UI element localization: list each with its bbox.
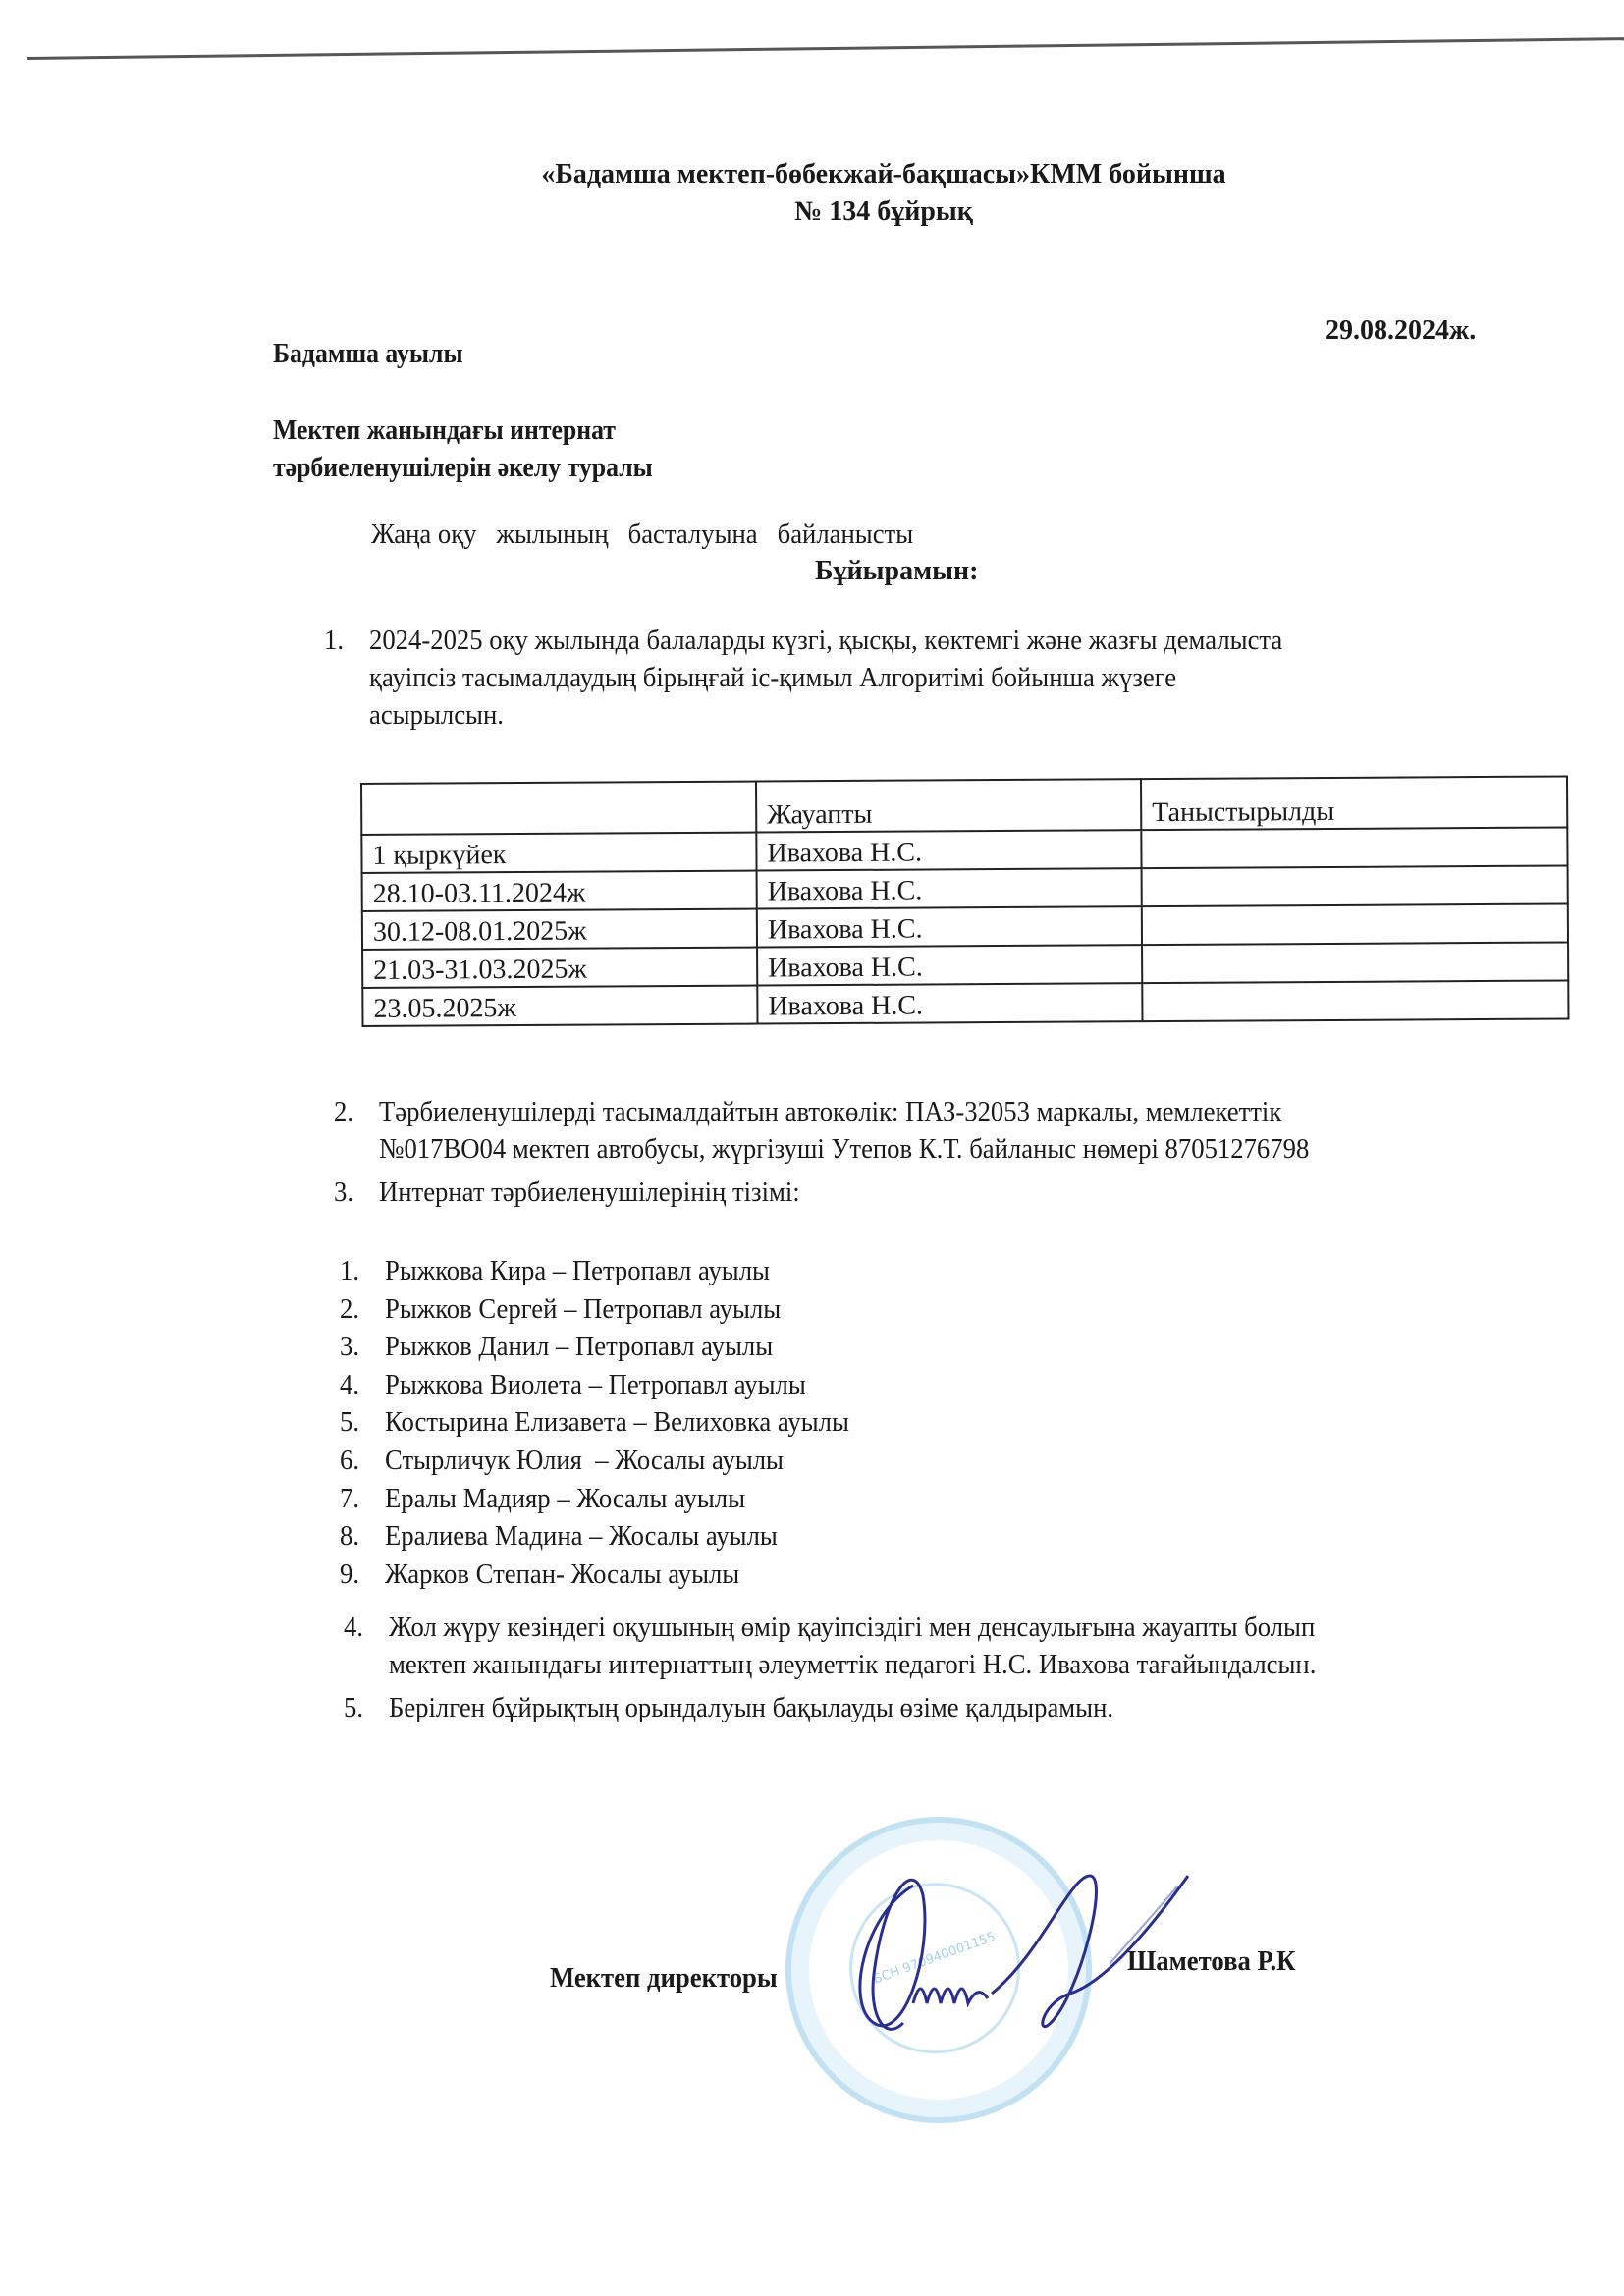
list-item: 6.Стырличук Юлия – Жосалы ауылы bbox=[340, 1442, 849, 1480]
responsible-cell: Ивахова Н.С. bbox=[757, 868, 1142, 908]
student-entry: Рыжкова Виолета – Петропавл ауылы bbox=[385, 1369, 806, 1400]
period-cell: 21.03-31.03.2025ж bbox=[362, 948, 757, 988]
responsible-cell: Ивахова Н.С. bbox=[757, 906, 1142, 947]
item-text: 2024-2025 оқу жылында балаларды күзгі, қ… bbox=[369, 625, 1282, 656]
item-text: асырылсын. bbox=[369, 699, 504, 731]
acknowledged-cell bbox=[1142, 980, 1568, 1021]
list-item: 4.Рыжкова Виолета – Петропавл ауылы bbox=[340, 1366, 849, 1404]
student-entry: Рыжков Сергей – Петропавл ауылы bbox=[385, 1293, 781, 1325]
order-word: Бұйырамын: bbox=[815, 553, 978, 590]
student-entry: Костырина Елизавета – Велиховка ауылы bbox=[385, 1406, 849, 1438]
item-text: Интернат тәрбиеленушілерінің тізімі: bbox=[379, 1176, 800, 1208]
acknowledged-cell bbox=[1142, 942, 1568, 983]
order-item-4: 4.Жол жүру кезіндегі оқушының өмір қауіп… bbox=[344, 1609, 1316, 1683]
order-item-5: 5.Берілген бұйрықтың орындалуын бақылауд… bbox=[344, 1689, 1113, 1726]
student-entry: Рыжкова Кира – Петропавл ауылы bbox=[385, 1255, 770, 1286]
signature-icon bbox=[844, 1856, 1237, 2072]
list-number: 1. bbox=[340, 1252, 385, 1290]
list-number: 8. bbox=[340, 1517, 385, 1556]
table-row: 23.05.2025ж Ивахова Н.С. bbox=[362, 980, 1568, 1026]
period-cell: 23.05.2025ж bbox=[362, 986, 757, 1026]
period-cell: 1 қыркүйек bbox=[361, 833, 756, 873]
acknowledged-cell bbox=[1142, 865, 1568, 906]
item-text: №017ВО04 мектеп автобусы, жүргізуші Утеп… bbox=[379, 1133, 1309, 1165]
item-number: 1. bbox=[324, 622, 369, 659]
student-entry: Ералиева Мадина – Жосалы ауылы bbox=[385, 1520, 778, 1552]
item-text: мектеп жанындағы интернаттың әлеуметтік … bbox=[389, 1649, 1316, 1680]
order-number: № 134 бұйрық bbox=[393, 194, 1375, 230]
signatory-role: Мектеп директоры bbox=[550, 1959, 778, 1996]
acknowledged-cell bbox=[1141, 827, 1567, 868]
preamble: Жаңа оқу жылының басталуына байланысты bbox=[371, 516, 913, 553]
list-item: 5.Костырина Елизавета – Велиховка ауылы bbox=[340, 1403, 849, 1442]
scan-edge-line bbox=[27, 37, 1624, 60]
list-number: 6. bbox=[340, 1442, 385, 1480]
item-text: қауіпсіз тасымалдаудың бірыңғай іс-қимыл… bbox=[369, 662, 1176, 693]
responsible-cell: Ивахова Н.С. bbox=[756, 830, 1141, 870]
item-text: Берілген бұйрықтың орындалуын бақылауды … bbox=[389, 1692, 1113, 1723]
list-number: 3. bbox=[340, 1328, 385, 1366]
student-list: 1.Рыжкова Кира – Петропавл ауылы 2.Рыжко… bbox=[340, 1252, 849, 1593]
order-item-3: 3.Интернат тәрбиеленушілерінің тізімі: bbox=[334, 1174, 800, 1211]
list-item: 3.Рыжков Данил – Петропавл ауылы bbox=[340, 1328, 849, 1366]
acknowledged-cell bbox=[1142, 903, 1568, 945]
table-header-row: Жауапты Таныстырылды bbox=[361, 776, 1567, 835]
order-item-1: 1.2024-2025 оқу жылында балаларды күзгі,… bbox=[324, 622, 1282, 734]
item-number: 3. bbox=[334, 1174, 379, 1211]
header-cell: Таныстырылды bbox=[1141, 776, 1567, 830]
list-number: 7. bbox=[340, 1480, 385, 1518]
period-cell: 30.12-08.01.2025ж bbox=[362, 909, 757, 950]
list-number: 4. bbox=[340, 1366, 385, 1404]
responsible-cell: Ивахова Н.С. bbox=[757, 945, 1142, 985]
student-entry: Ералы Мадияр – Жосалы ауылы bbox=[385, 1483, 745, 1514]
list-item: 8.Ералиева Мадина – Жосалы ауылы bbox=[340, 1517, 849, 1556]
item-number: 5. bbox=[344, 1689, 389, 1726]
list-item: 9.Жарков Степан- Жосалы ауылы bbox=[340, 1556, 849, 1594]
subject-line-1: Мектеп жанындағы интернат bbox=[273, 412, 616, 450]
responsible-cell: Ивахова Н.С. bbox=[757, 983, 1142, 1023]
item-text: Жол жүру кезіндегі оқушының өмір қауіпсі… bbox=[389, 1612, 1315, 1643]
list-item: 2.Рыжков Сергей – Петропавл ауылы bbox=[340, 1290, 849, 1329]
list-number: 5. bbox=[340, 1403, 385, 1442]
item-number: 4. bbox=[344, 1609, 389, 1646]
subject-line-2: тәрбиеленушілерін әкелу туралы bbox=[273, 450, 653, 487]
item-text: Тәрбиеленушілерді тасымалдайтын автокөлі… bbox=[379, 1096, 1281, 1127]
order-item-2: 2.Тәрбиеленушілерді тасымалдайтын автокө… bbox=[334, 1093, 1309, 1168]
header-cell bbox=[361, 782, 756, 835]
student-entry: Стырличук Юлия – Жосалы ауылы bbox=[385, 1445, 784, 1476]
student-entry: Жарков Степан- Жосалы ауылы bbox=[385, 1558, 739, 1590]
schedule-table: Жауапты Таныстырылды 1 қыркүйек Ивахова … bbox=[360, 775, 1569, 1027]
list-number: 9. bbox=[340, 1556, 385, 1594]
list-item: 7.Ералы Мадияр – Жосалы ауылы bbox=[340, 1480, 849, 1518]
document-title: «Бадамша мектеп-бөбекжай-бақшасы»КММ бой… bbox=[393, 157, 1375, 192]
item-number: 2. bbox=[334, 1093, 379, 1130]
student-entry: Рыжков Данил – Петропавл ауылы bbox=[385, 1331, 773, 1362]
period-cell: 28.10-03.11.2024ж bbox=[362, 871, 757, 911]
place-name: Бадамша ауылы bbox=[273, 336, 463, 373]
list-item: 1.Рыжкова Кира – Петропавл ауылы bbox=[340, 1252, 849, 1290]
header-cell: Жауапты bbox=[756, 779, 1141, 832]
list-number: 2. bbox=[340, 1290, 385, 1329]
order-date: 29.08.2024ж. bbox=[1326, 312, 1476, 350]
